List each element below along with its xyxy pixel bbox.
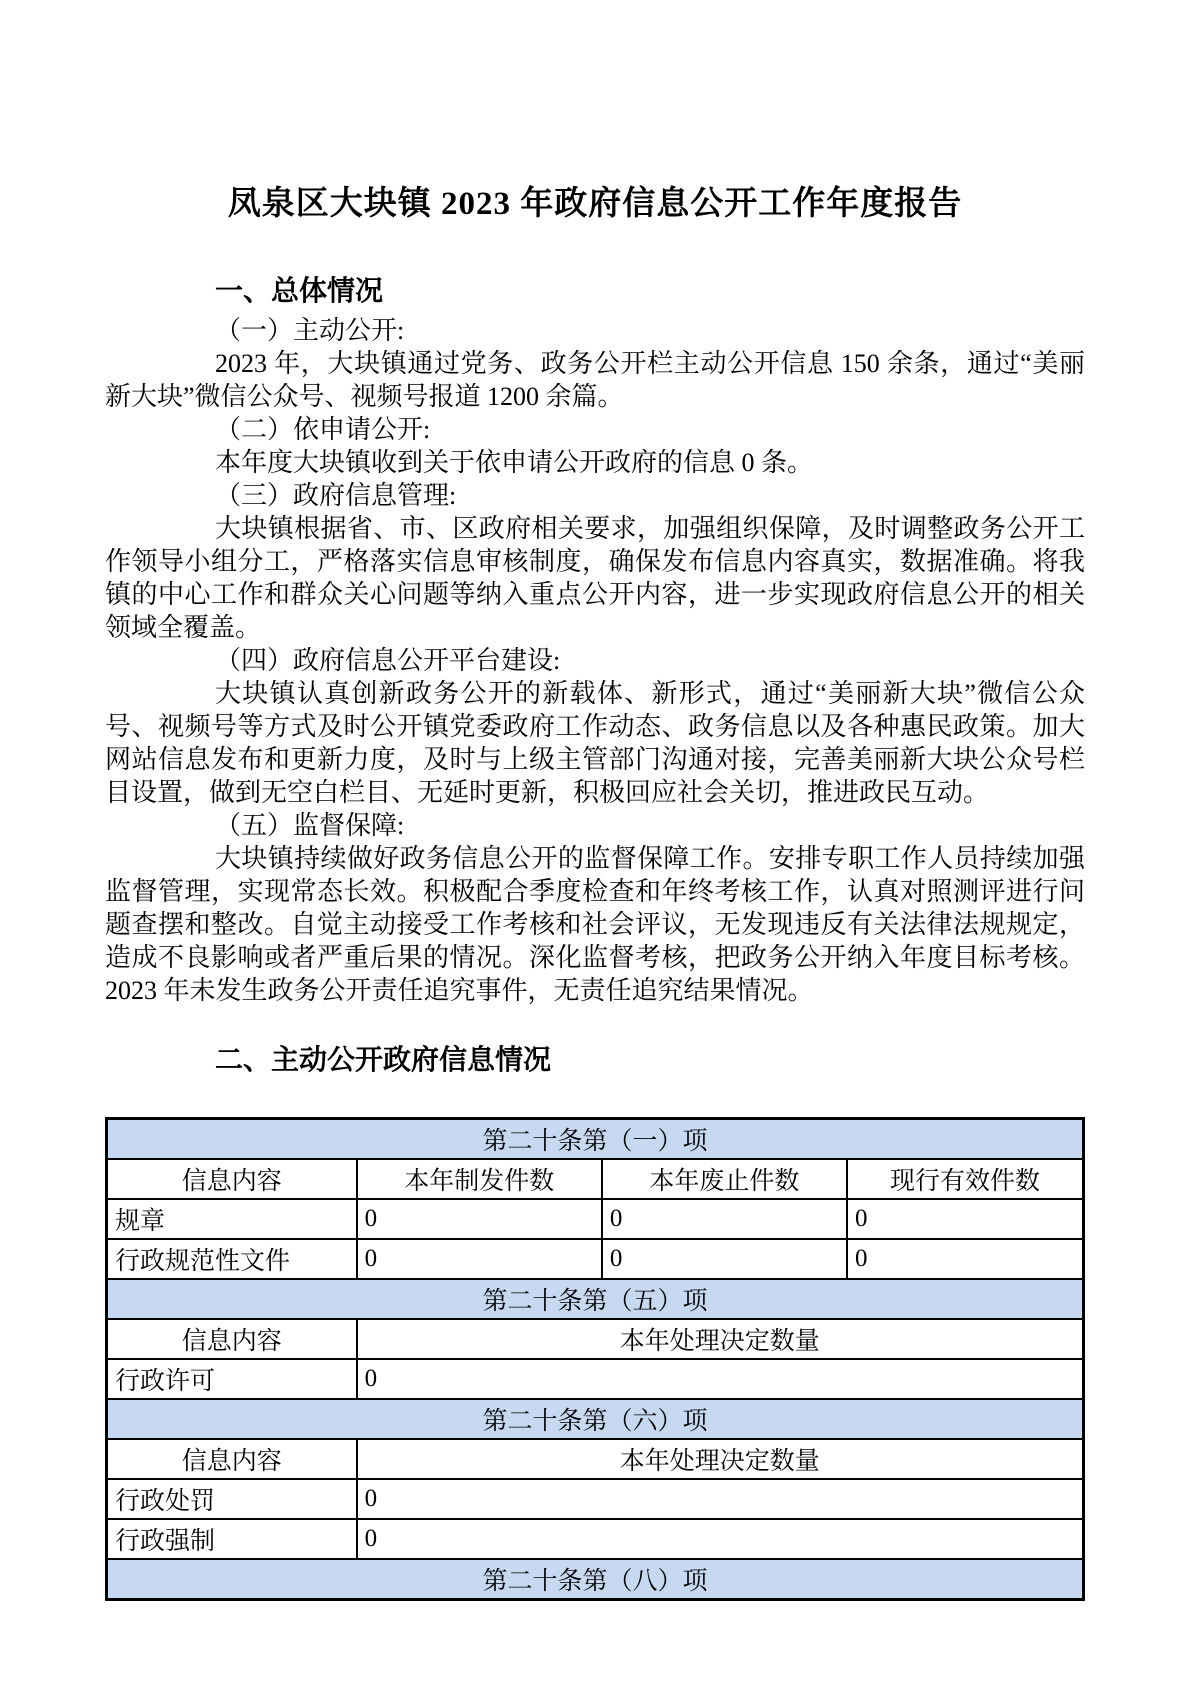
paragraph-on-request-disclosure: 本年度大块镇收到关于依申请公开政府的信息 0 条。 [105,446,1085,479]
subsection-5-label: （五）监督保障: [105,809,1085,842]
subsection-4-label: （四）政府信息公开平台建设: [105,644,1085,677]
paragraph-information-management: 大块镇根据省、市、区政府相关要求，加强组织保障，及时调整政务公开工作领导小组分工… [105,512,1085,644]
section-2-heading: 二、主动公开政府信息情况 [105,1043,1085,1079]
section-1-heading: 一、总体情况 [105,274,1085,310]
table-row-label: 行政处罚 [107,1479,357,1519]
table-band-cell: 第二十条第（五）项 [107,1279,1084,1319]
table-header-cell: 现行有效件数 [847,1159,1083,1199]
table-value-cell: 0 [357,1359,1084,1399]
table-value-cell: 0 [357,1519,1084,1559]
table-row: 信息内容本年处理决定数量 [107,1319,1084,1359]
table-row: 规章000 [107,1199,1084,1239]
table-header-cell: 信息内容 [107,1439,357,1479]
table-value-cell: 0 [357,1239,602,1279]
table-band-cell: 第二十条第（一）项 [107,1119,1084,1160]
table-row: 信息内容本年处理决定数量 [107,1439,1084,1479]
table-header-cell: 本年废止件数 [602,1159,847,1199]
paragraph-supervision-guarantee: 大块镇持续做好政务信息公开的监督保障工作。安排专职工作人员持续加强监督管理，实现… [105,842,1085,1007]
table-value-cell: 0 [847,1199,1083,1239]
table-header-cell: 信息内容 [107,1159,357,1199]
table-row: 行政处罚0 [107,1479,1084,1519]
table-value-cell: 0 [357,1199,602,1239]
table-row: 第二十条第（八）项 [107,1559,1084,1600]
table-header-cell: 本年处理决定数量 [357,1319,1084,1359]
table-value-cell: 0 [847,1239,1083,1279]
table-band-cell: 第二十条第（六）项 [107,1399,1084,1439]
table-row: 行政许可0 [107,1359,1084,1399]
table-value-cell: 0 [602,1199,847,1239]
table-row-label: 规章 [107,1199,357,1239]
subsection-1-label: （一）主动公开: [105,314,1085,347]
table-value-cell: 0 [602,1239,847,1279]
table-row-label: 行政规范性文件 [107,1239,357,1279]
table-row-label: 行政许可 [107,1359,357,1399]
document-content: 凤泉区大块镇 2023 年政府信息公开工作年度报告 一、总体情况 （一）主动公开… [0,0,1190,1601]
table-row: 第二十条第（五）项 [107,1279,1084,1319]
table-header-cell: 本年制发件数 [357,1159,602,1199]
page-title: 凤泉区大块镇 2023 年政府信息公开工作年度报告 [105,0,1085,226]
disclosure-info-table: 第二十条第（一）项信息内容本年制发件数本年废止件数现行有效件数规章000行政规范… [105,1117,1085,1601]
table-row: 行政强制0 [107,1519,1084,1559]
table-row-label: 行政强制 [107,1519,357,1559]
section-1-body: （一）主动公开: 2023 年，大块镇通过党务、政务公开栏主动公开信息 150 … [105,314,1085,1007]
subsection-3-label: （三）政府信息管理: [105,479,1085,512]
paragraph-platform-construction: 大块镇认真创新政务公开的新载体、新形式，通过“美丽新大块”微信公众号、视频号等方… [105,677,1085,809]
document-page: 凤泉区大块镇 2023 年政府信息公开工作年度报告 一、总体情况 （一）主动公开… [0,0,1190,1683]
table-row: 第二十条第（一）项 [107,1119,1084,1160]
table-header-cell: 本年处理决定数量 [357,1439,1084,1479]
table-value-cell: 0 [357,1479,1084,1519]
table-band-cell: 第二十条第（八）项 [107,1559,1084,1600]
table-row: 信息内容本年制发件数本年废止件数现行有效件数 [107,1159,1084,1199]
subsection-2-label: （二）依申请公开: [105,413,1085,446]
table-row: 行政规范性文件000 [107,1239,1084,1279]
paragraph-proactive-disclosure: 2023 年，大块镇通过党务、政务公开栏主动公开信息 150 余条，通过“美丽新… [105,347,1085,413]
table-row: 第二十条第（六）项 [107,1399,1084,1439]
table-header-cell: 信息内容 [107,1319,357,1359]
